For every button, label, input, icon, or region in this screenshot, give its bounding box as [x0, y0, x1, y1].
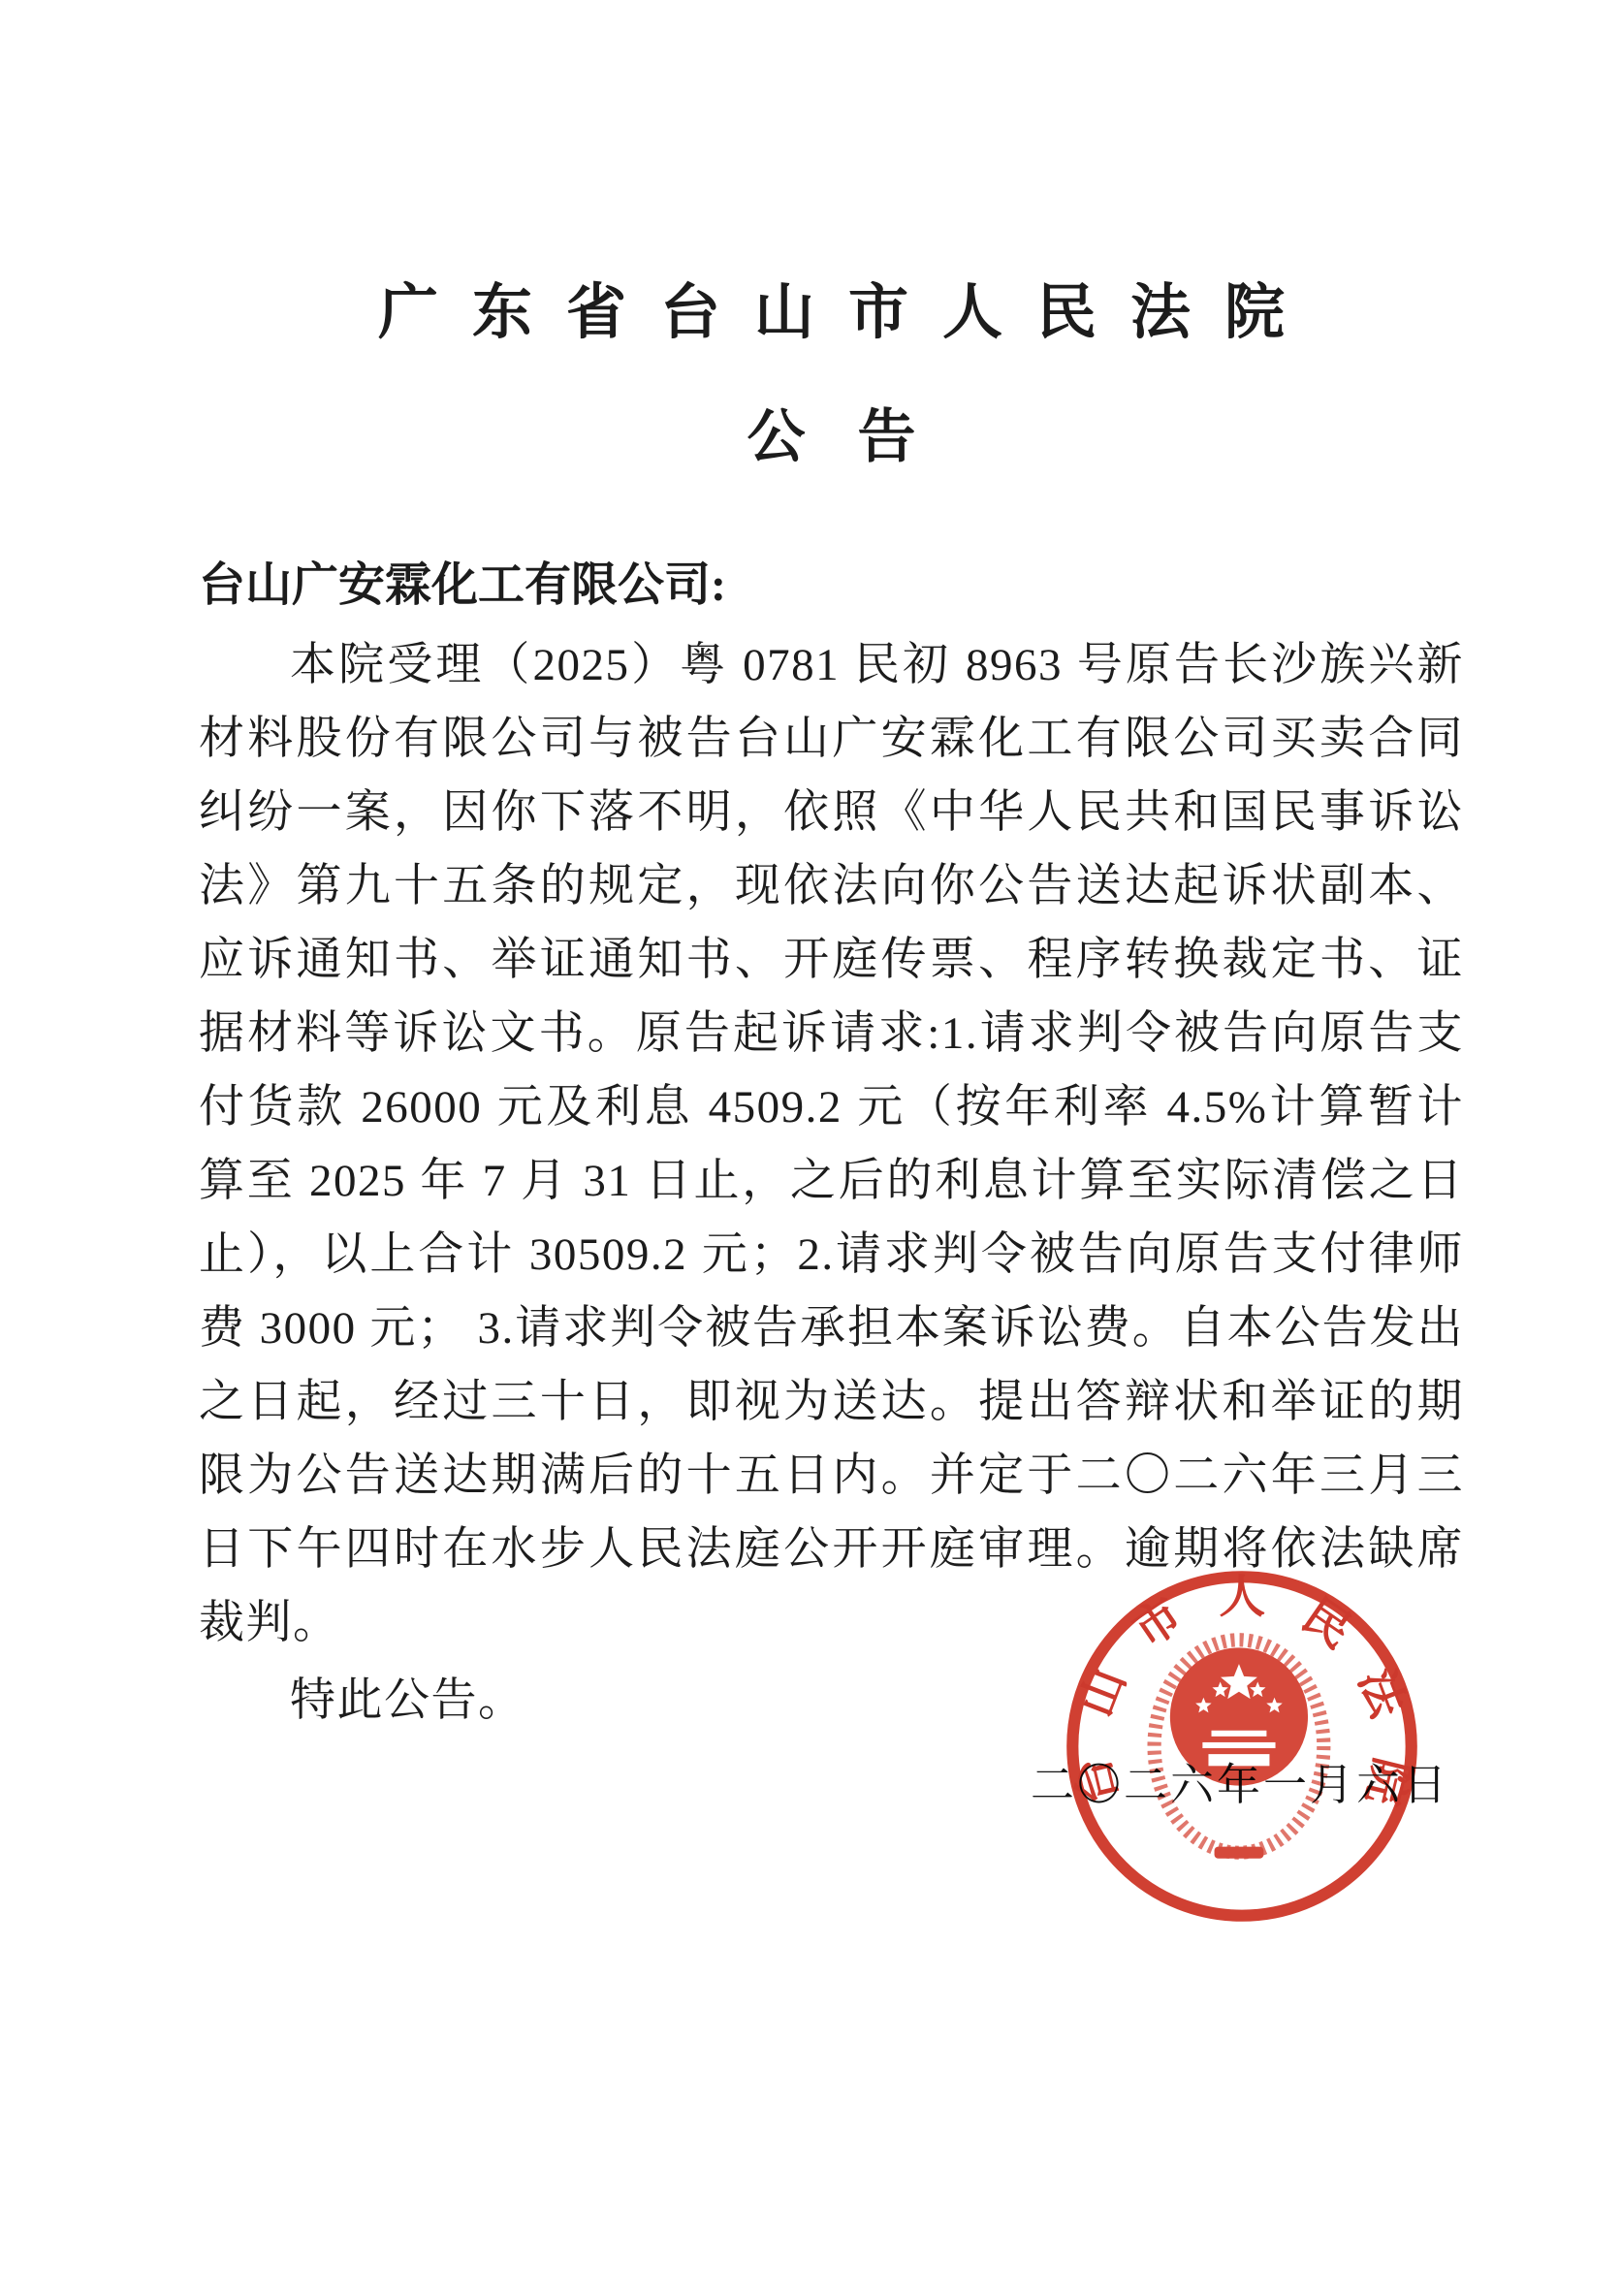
- court-name-heading: 广东省台山市人民法院: [199, 279, 1498, 347]
- notice-content: 广东省台山市人民法院 公告 台山广安霖化工有限公司: 本院受理（2025）粤 0…: [199, 279, 1464, 1738]
- recipient-line: 台山广安霖化工有限公司:: [199, 557, 1464, 615]
- emblem-gate-roof: [1212, 1731, 1267, 1737]
- national-emblem-icon: [1155, 1640, 1324, 1859]
- notice-title: 公告: [199, 403, 1516, 471]
- emblem-gate-base: [1208, 1754, 1269, 1766]
- notice-document-page: 广东省台山市人民法院 公告 台山广安霖化工有限公司: 本院受理（2025）粤 0…: [0, 0, 1621, 2296]
- notice-body-paragraph: 本院受理（2025）粤 0781 民初 8963 号原告长沙族兴新材料股份有限公…: [199, 628, 1464, 1660]
- court-seal: 台山市人民法院: [1055, 1559, 1429, 1933]
- emblem-gate-band: [1202, 1742, 1275, 1748]
- emblem-ribbon: [1215, 1847, 1264, 1859]
